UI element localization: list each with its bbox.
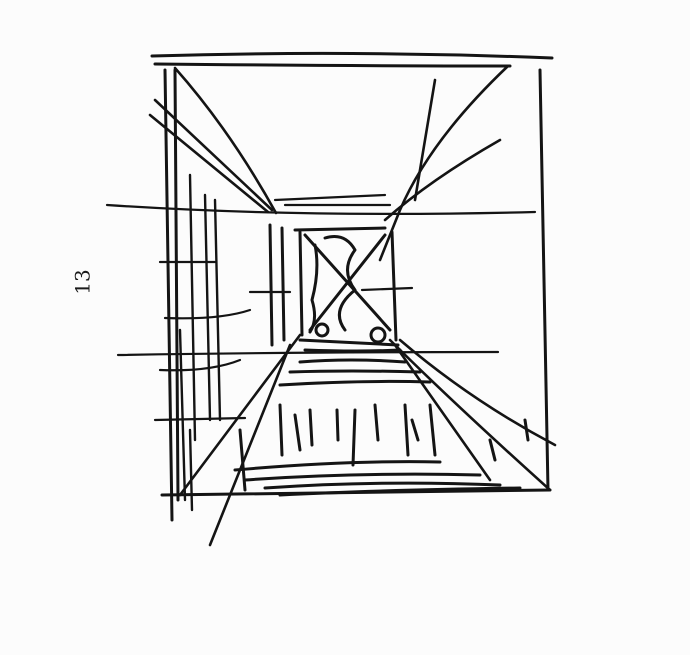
perspective-lines [150,66,555,545]
floor-hatching [235,360,528,495]
left-wall-verticals [180,175,220,510]
inner-opening [270,225,400,351]
sketch-page: 13 [0,0,690,655]
perspective-sketch [0,0,690,655]
